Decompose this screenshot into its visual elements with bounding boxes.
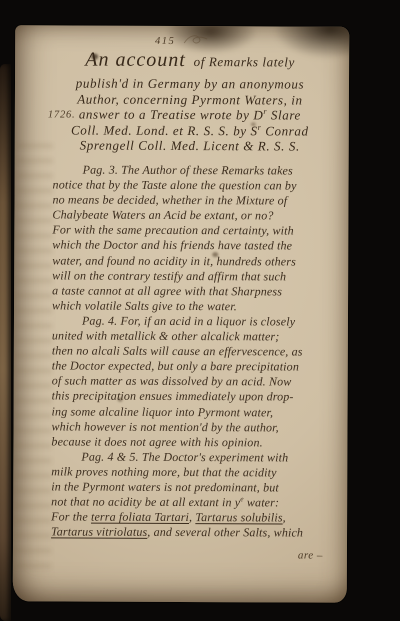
text-line: ing some alcaline liquor into Pyrmont wa… [52, 404, 348, 420]
text-line: this precipitation ensues immediately up… [52, 389, 348, 405]
catchword-row: are – [298, 550, 323, 562]
text-line: united with metallick & other alcalick m… [52, 328, 348, 344]
underlined-term: terra foliata Tartari [91, 510, 189, 524]
page-header: 415 [15, 30, 349, 49]
text-segment: water: [244, 495, 279, 509]
paragraph: Pag. 3. The Author of these Remarks take… [52, 162, 349, 314]
text-segment: Slare [267, 108, 301, 123]
text-line: Pag. 4. For, if an acid in a liquor is c… [52, 313, 348, 329]
facing-page-edge [0, 64, 11, 621]
text-line: Sprengell Coll. Med. Licent & R. S. S. [37, 138, 343, 155]
text-line: because it does not agree with his opini… [51, 434, 347, 450]
text-line: Author, concerning Pyrmont Waters, in [37, 91, 343, 108]
catchword: are [298, 550, 314, 562]
text-line: milk proves nothing more, but that the a… [51, 464, 347, 480]
text-line: in the Pyrmont waters is not predominant… [51, 479, 347, 495]
text-segment: An account [85, 49, 186, 71]
page-number: 415 [155, 36, 175, 47]
photo-backdrop: 415 An account of Remarks latelypublish'… [0, 0, 400, 621]
manuscript-page: 415 An account of Remarks latelypublish'… [13, 25, 350, 602]
text-line: which volatile Salts give to the water. [52, 298, 348, 314]
text-line: not that no acidity be at all extant in … [51, 494, 347, 510]
text-line: Tartarus vitriolatus, and several other … [51, 525, 347, 541]
text-segment: Coll. Med. Lond. et R. S. S. by S [71, 122, 258, 138]
text-segment: For the [51, 510, 91, 524]
text-line: will on the contrary testify and affirm … [52, 268, 348, 284]
verso-bleedthrough [15, 143, 53, 573]
text-segment: Conrad [261, 123, 308, 138]
paragraph: Pag. 4 & 5. The Doctor's experiment with… [51, 449, 347, 541]
text-line: Coll. Med. Lond. et R. S. S. by Sr Conra… [37, 122, 343, 139]
text-line: Chalybeate Waters an Acid be extant, or … [52, 208, 348, 224]
text-line: water, and found no acidity in it, hundr… [52, 253, 348, 269]
paragraph: Pag. 4. For, if an acid in a liquor is c… [51, 313, 348, 450]
text-line: An account of Remarks lately [37, 48, 343, 73]
catchword-flourish: – [317, 550, 323, 562]
text-line: the Doctor expected, but only a bare pre… [52, 359, 348, 375]
text-segment: , [283, 511, 286, 525]
underlined-term: Tartarus solubilis [195, 510, 282, 524]
text-line: which however is not mention'd by the au… [51, 419, 347, 435]
text-line: answer to a Treatise wrote by Dr Slare [37, 107, 343, 124]
pen-flourish-icon [183, 33, 209, 47]
text-line: For the terra foliata Tartari, Tartarus … [51, 510, 347, 526]
title-block: An account of Remarks latelypublish'd in… [37, 48, 343, 154]
text-line: which the Doctor and his friends have ta… [52, 238, 348, 254]
text-segment: of Remarks lately [190, 54, 295, 69]
text-line: Pag. 3. The Author of these Remarks take… [53, 162, 349, 178]
text-line: For with the same precaution and certain… [52, 223, 348, 239]
text-line: no means be decided, whether in the Mixt… [52, 193, 348, 209]
text-line: Pag. 4 & 5. The Doctor's experiment with [51, 449, 347, 465]
underlined-term: Tartarus vitriolatus [51, 525, 147, 539]
text-segment: answer to a Treatise wrote by D [79, 107, 264, 123]
text-line: a taste cannot at all agree with that Sh… [52, 283, 348, 299]
margin-year: 1726. [48, 109, 76, 120]
text-line: publish'd in Germany by an anonymous [37, 75, 343, 92]
text-segment: not that no acidity be at all extant in … [51, 494, 240, 509]
body-text: Pag. 3. The Author of these Remarks take… [51, 162, 349, 541]
text-segment: , and several other Salts, which [147, 525, 303, 540]
text-line: of such matter as was dissolved by an ac… [52, 374, 348, 390]
text-line: then no alcali Salts will cause an effer… [52, 344, 348, 360]
text-line: notice that by the Taste alone the quest… [53, 178, 349, 194]
